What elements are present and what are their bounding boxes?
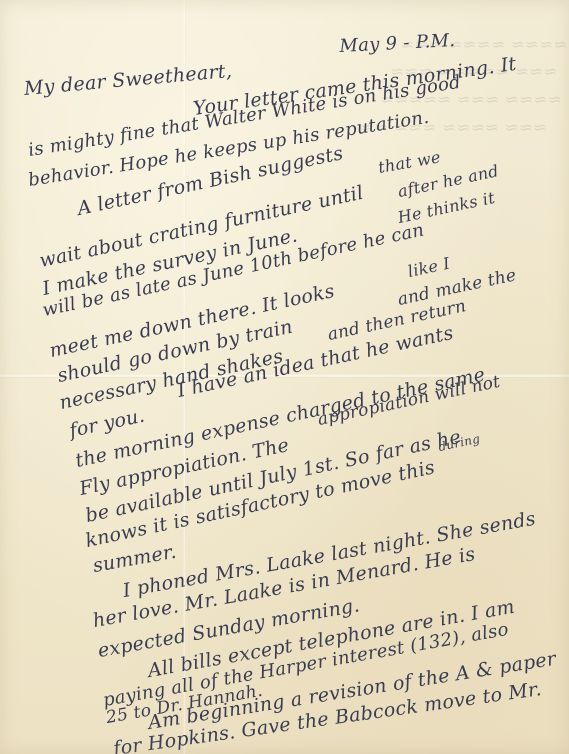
letter-line: like I xyxy=(406,254,452,281)
letter-salutation: My dear Sweetheart, xyxy=(23,60,233,100)
letter-page: ≈≈≈≈ ≈≈≈≈ ≈≈≈ ≈≈≈ ≈≈≈≈≈ ≈≈≈ ≈≈≈≈ ≈≈≈ ≈≈≈… xyxy=(0,0,569,754)
letter-line: that we xyxy=(377,147,442,177)
